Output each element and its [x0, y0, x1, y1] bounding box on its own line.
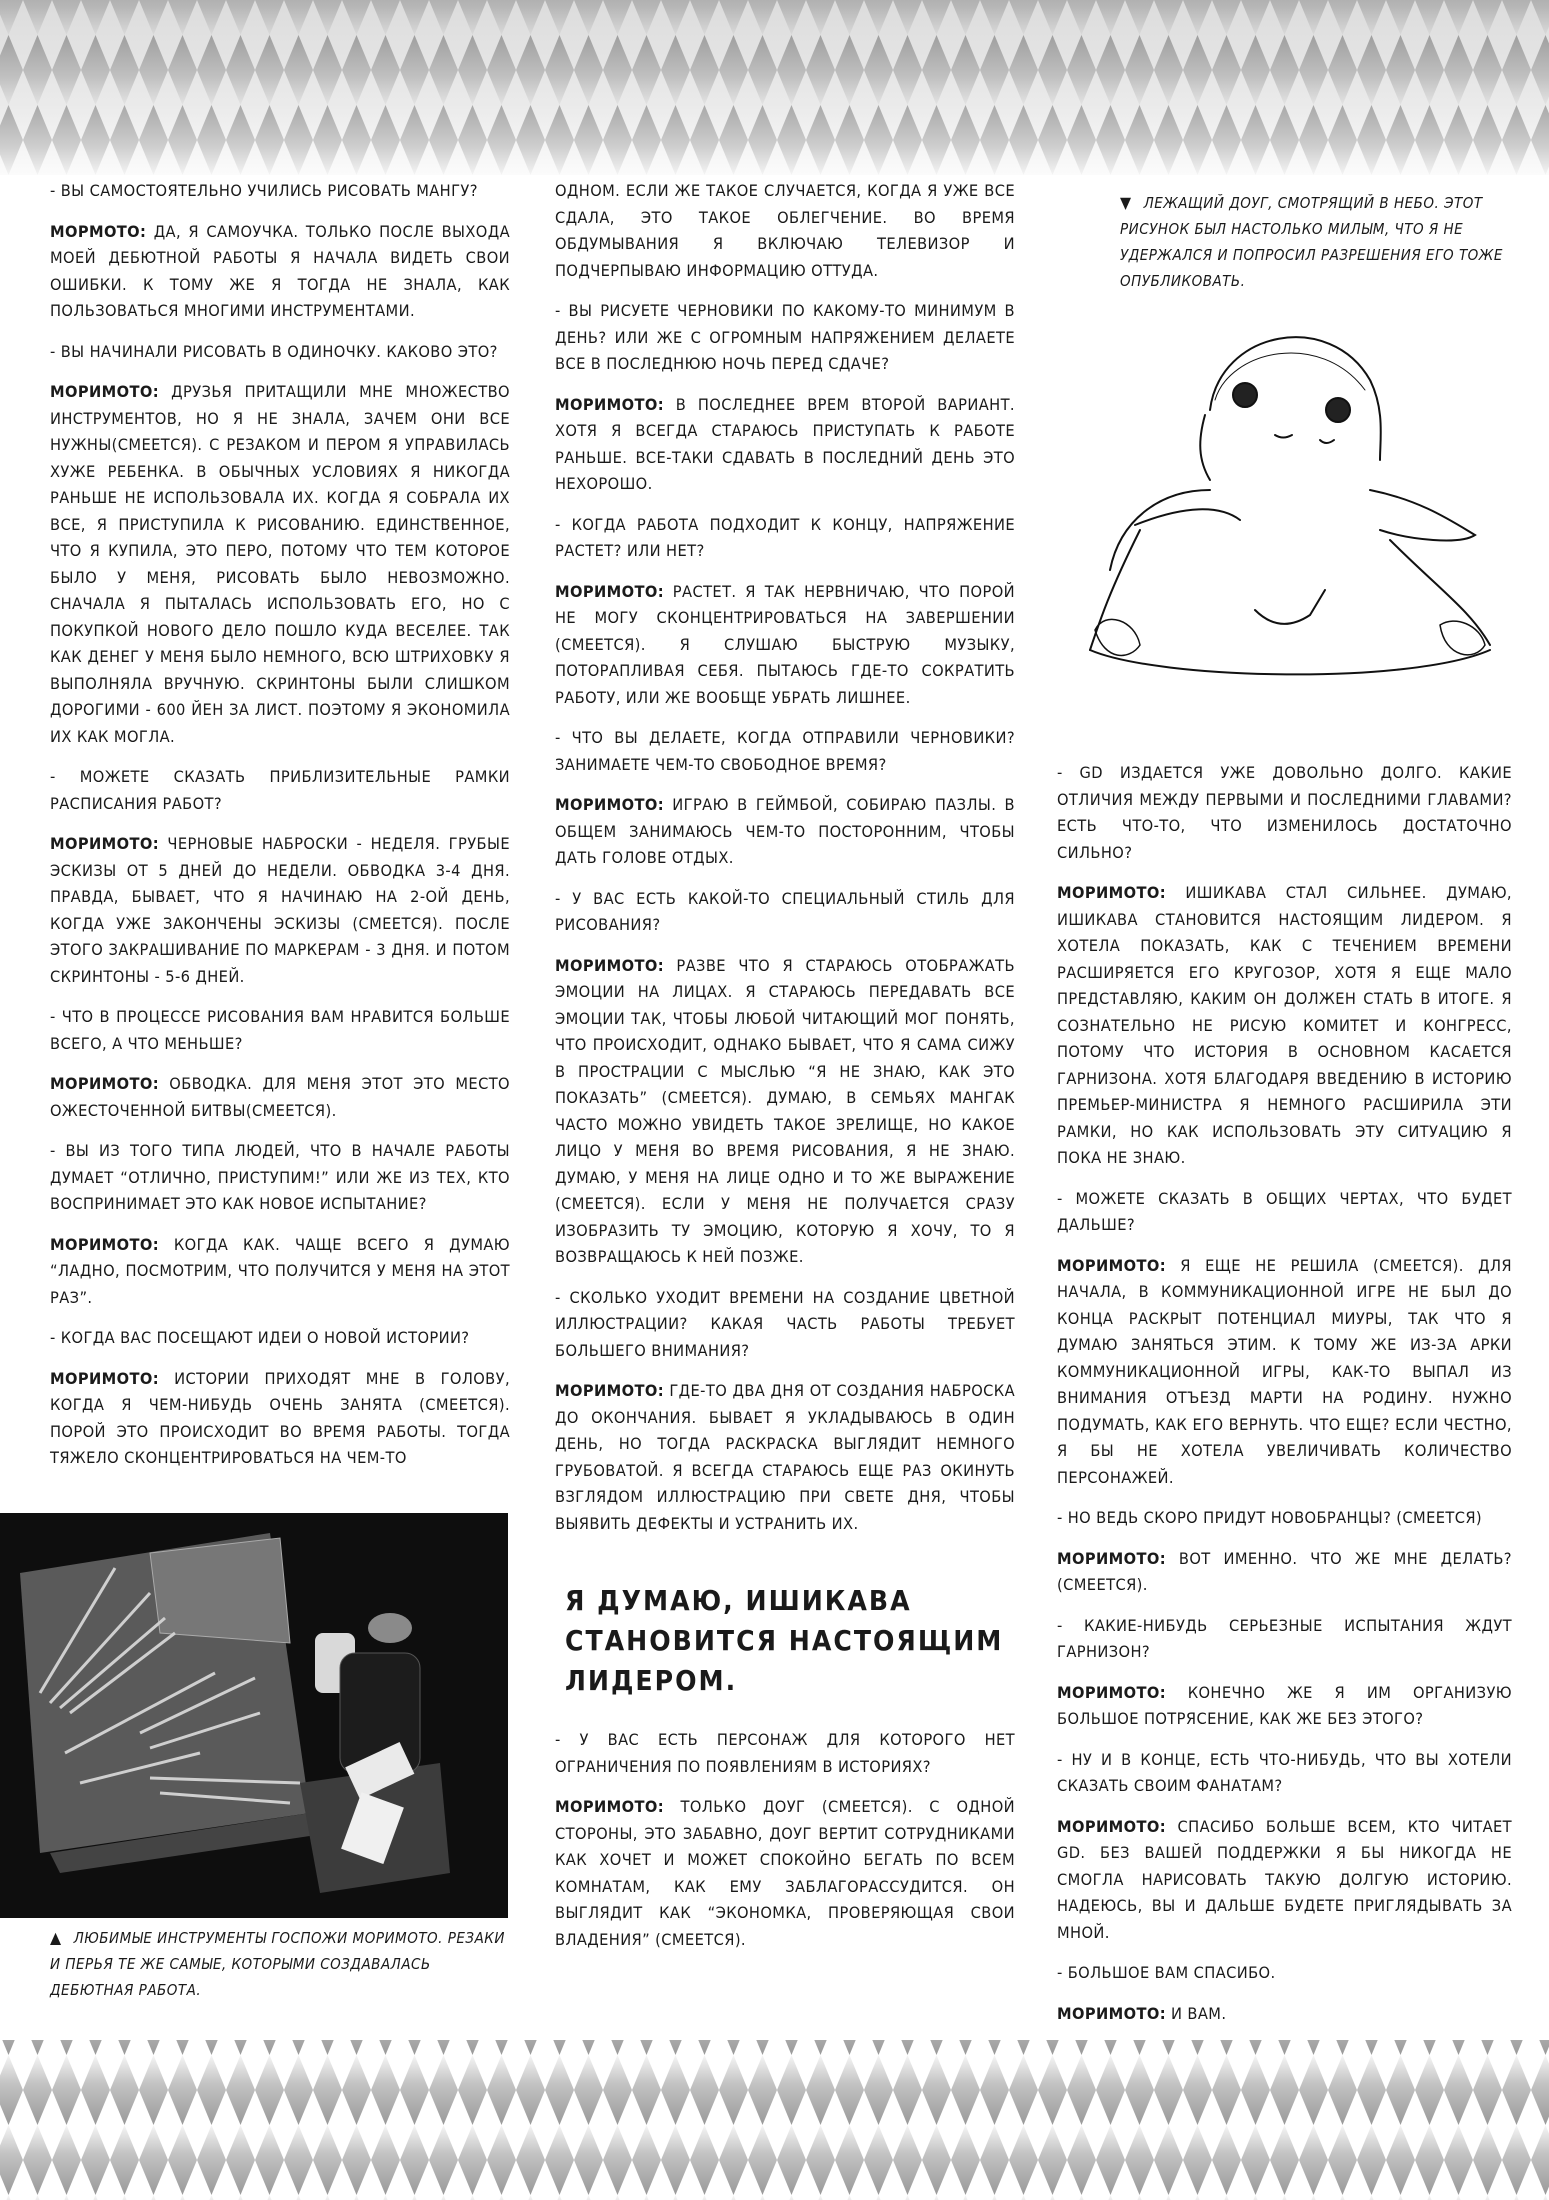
answer-paragraph: Моримото: Только Доуг (смеется). С одной… [555, 1794, 1015, 1953]
answer-paragraph: Моримото: И вам. [1057, 2001, 1512, 2028]
speaker-label: Мормото: [50, 222, 146, 241]
speaker-label: Моримото: [555, 395, 664, 414]
question-paragraph: - Что вы делаете, когда отправили чернов… [555, 725, 1015, 778]
speaker-label: Моримото: [50, 1369, 159, 1388]
question-paragraph: - Большое вам спасибо. [1057, 1960, 1512, 1987]
drawing-tools-photo [0, 1513, 508, 1918]
answer-paragraph: Моримото: Когда как. Чаще всего я думаю … [50, 1232, 510, 1312]
question-paragraph: - Вы рисуете черновики по какому-то мини… [555, 298, 1015, 378]
paragraph-text: - Можете сказать приблизительные рамки р… [50, 767, 510, 813]
question-paragraph: - Ну и в конце, есть что-нибудь, что вы … [1057, 1747, 1512, 1800]
paragraph-text: - Большое вам спасибо. [1057, 1963, 1276, 1982]
paragraph-text: Я еще не решила (смеется). Для начала, в… [1057, 1256, 1512, 1487]
question-paragraph: - Что в процессе рисования вам нравится … [50, 1004, 510, 1057]
question-paragraph: - Когда вас посещают идеи о новой истори… [50, 1325, 510, 1352]
speaker-label: Моримото: [555, 1797, 664, 1816]
speaker-label: Моримото: [1057, 883, 1166, 902]
question-paragraph: - Какие-нибудь серьезные испытания ждут … [1057, 1613, 1512, 1666]
sketch-caption-text: Лежащий Доуг, смотрящий в небо. Этот рис… [1120, 194, 1503, 290]
question-paragraph: одном. Если же такое случается, когда я … [555, 178, 1015, 284]
answer-paragraph: Моримото: Спасибо больше всем, кто читае… [1057, 1814, 1512, 1947]
paragraph-text: Разве что я стараюсь отображать эмоции н… [555, 956, 1015, 1267]
answer-paragraph: Моримото: Разве что я стараюсь отображат… [555, 953, 1015, 1271]
bottom-diamond-pattern [0, 2040, 1549, 2200]
paragraph-text: - Когда вас посещают идеи о новой истори… [50, 1328, 469, 1347]
answer-paragraph: Моримото: Истории приходят мне в голову,… [50, 1366, 510, 1472]
paragraph-text: - Вы рисуете черновики по какому-то мини… [555, 301, 1015, 373]
question-paragraph: - У вас есть персонаж для которого нет о… [555, 1727, 1015, 1780]
speaker-label: Моримото: [1057, 1817, 1166, 1836]
section-heading: Я думаю, Ишикава становится настоящим ли… [565, 1581, 1015, 1701]
answer-paragraph: Мормото: Да, я самоучка. Только после вы… [50, 219, 510, 325]
paragraph-text: - Можете сказать в общих чертах, что буд… [1057, 1189, 1512, 1235]
triangle-up-icon: ▲ [50, 1928, 62, 1947]
paragraph-text: Только Доуг (смеется). С одной стороны, … [555, 1797, 1015, 1949]
paragraph-text: Где-то два дня от создания наброска до о… [555, 1381, 1015, 1533]
answer-paragraph: Моримото: Я еще не решила (смеется). Для… [1057, 1253, 1512, 1492]
paragraph-text: - Что вы делаете, когда отправили чернов… [555, 728, 1015, 774]
speaker-label: Моримото: [555, 795, 664, 814]
answer-paragraph: Моримото: Играю в геймбой, собираю пазлы… [555, 792, 1015, 872]
paragraph-text: Черновые наброски - неделя. Грубые эскиз… [50, 834, 510, 986]
answer-paragraph: Моримото: Друзья притащили мне множество… [50, 379, 510, 750]
answer-paragraph: Моримото: Растет. Я так нервничаю, что п… [555, 579, 1015, 712]
speaker-label: Моримото: [50, 1235, 159, 1254]
question-paragraph: - Когда работа подходит к концу, напряже… [555, 512, 1015, 565]
speaker-label: Моримото: [1057, 2004, 1166, 2023]
top-diamond-pattern [0, 0, 1549, 175]
speaker-label: Моримото: [555, 956, 664, 975]
interview-column-3: - GD издается уже довольно долго. Какие … [1057, 760, 1512, 2041]
question-paragraph: - GD издается уже довольно долго. Какие … [1057, 760, 1512, 866]
answer-paragraph: Моримото: Черновые наброски - неделя. Гр… [50, 831, 510, 990]
question-paragraph: - Можете сказать приблизительные рамки р… [50, 764, 510, 817]
doug-sketch-illustration [1080, 290, 1520, 690]
paragraph-text: - GD издается уже довольно долго. Какие … [1057, 763, 1512, 862]
answer-paragraph: Моримото: Где-то два дня от создания наб… [555, 1378, 1015, 1537]
speaker-label: Моримото: [1057, 1256, 1166, 1275]
speaker-label: Моримото: [50, 382, 159, 401]
paragraph-text: - Сколько уходит времени на создание цве… [555, 1288, 1015, 1360]
triangle-down-icon: ▼ [1120, 193, 1132, 212]
photo-caption-text: Любимые инструменты госпожи Моримото. Ре… [50, 1929, 505, 1999]
photo-caption: ▲Любимые инструменты госпожи Моримото. Р… [50, 1925, 510, 2003]
question-paragraph: - Можете сказать в общих чертах, что буд… [1057, 1186, 1512, 1239]
speaker-label: Моримото: [1057, 1549, 1166, 1568]
paragraph-text: Ишикава стал сильнее. Думаю, Ишикава ста… [1057, 883, 1512, 1167]
answer-paragraph: Моримото: Ишикава стал сильнее. Думаю, И… [1057, 880, 1512, 1172]
paragraph-text: - Ну и в конце, есть что-нибудь, что вы … [1057, 1750, 1512, 1796]
answer-paragraph: Моримото: Обводка. Для меня этот это мес… [50, 1071, 510, 1124]
sketch-caption: ▼Лежащий Доуг, смотрящий в небо. Этот ри… [1120, 190, 1510, 294]
speaker-label: Моримото: [50, 834, 159, 853]
paragraph-text: И вам. [1171, 2004, 1226, 2023]
speaker-label: Моримото: [555, 582, 664, 601]
paragraph-text: - У вас есть персонаж для которого нет о… [555, 1730, 1015, 1776]
paragraph-text: - Но ведь скоро придут новобранцы? (смее… [1057, 1508, 1482, 1527]
question-paragraph: - Вы из того типа людей, что в начале ра… [50, 1138, 510, 1218]
paragraph-text: - Вы из того типа людей, что в начале ра… [50, 1141, 510, 1213]
paragraph-text: Друзья притащили мне множество инструмен… [50, 382, 510, 746]
answer-paragraph: Моримото: В последнее врем второй вариан… [555, 392, 1015, 498]
paragraph-text: - У вас есть какой-то специальный стиль … [555, 889, 1015, 935]
answer-paragraph: Моримото: Вот именно. Что же мне делать?… [1057, 1546, 1512, 1599]
question-paragraph: - У вас есть какой-то специальный стиль … [555, 886, 1015, 939]
question-paragraph: - Вы начинали рисовать в одиночку. Каков… [50, 339, 510, 366]
paragraph-text: - Какие-нибудь серьезные испытания ждут … [1057, 1616, 1512, 1662]
speaker-label: Моримото: [1057, 1683, 1166, 1702]
question-paragraph: - Сколько уходит времени на создание цве… [555, 1285, 1015, 1365]
paragraph-text: - Когда работа подходит к концу, напряже… [555, 515, 1015, 561]
interview-column-2: одном. Если же такое случается, когда я … [555, 178, 1015, 1967]
speaker-label: Моримото: [555, 1381, 664, 1400]
question-paragraph: - Но ведь скоро придут новобранцы? (смее… [1057, 1505, 1512, 1532]
answer-paragraph: Моримото: Конечно же я им организую боль… [1057, 1680, 1512, 1733]
question-paragraph: - Вы самостоятельно учились рисовать ман… [50, 178, 510, 205]
paragraph-text: - Вы самостоятельно учились рисовать ман… [50, 181, 478, 200]
paragraph-text: - Вы начинали рисовать в одиночку. Каков… [50, 342, 498, 361]
paragraph-text: одном. Если же такое случается, когда я … [555, 181, 1015, 280]
speaker-label: Моримото: [50, 1074, 159, 1093]
paragraph-text: - Что в процессе рисования вам нравится … [50, 1007, 510, 1053]
interview-column-1: - Вы самостоятельно учились рисовать ман… [50, 178, 510, 1486]
